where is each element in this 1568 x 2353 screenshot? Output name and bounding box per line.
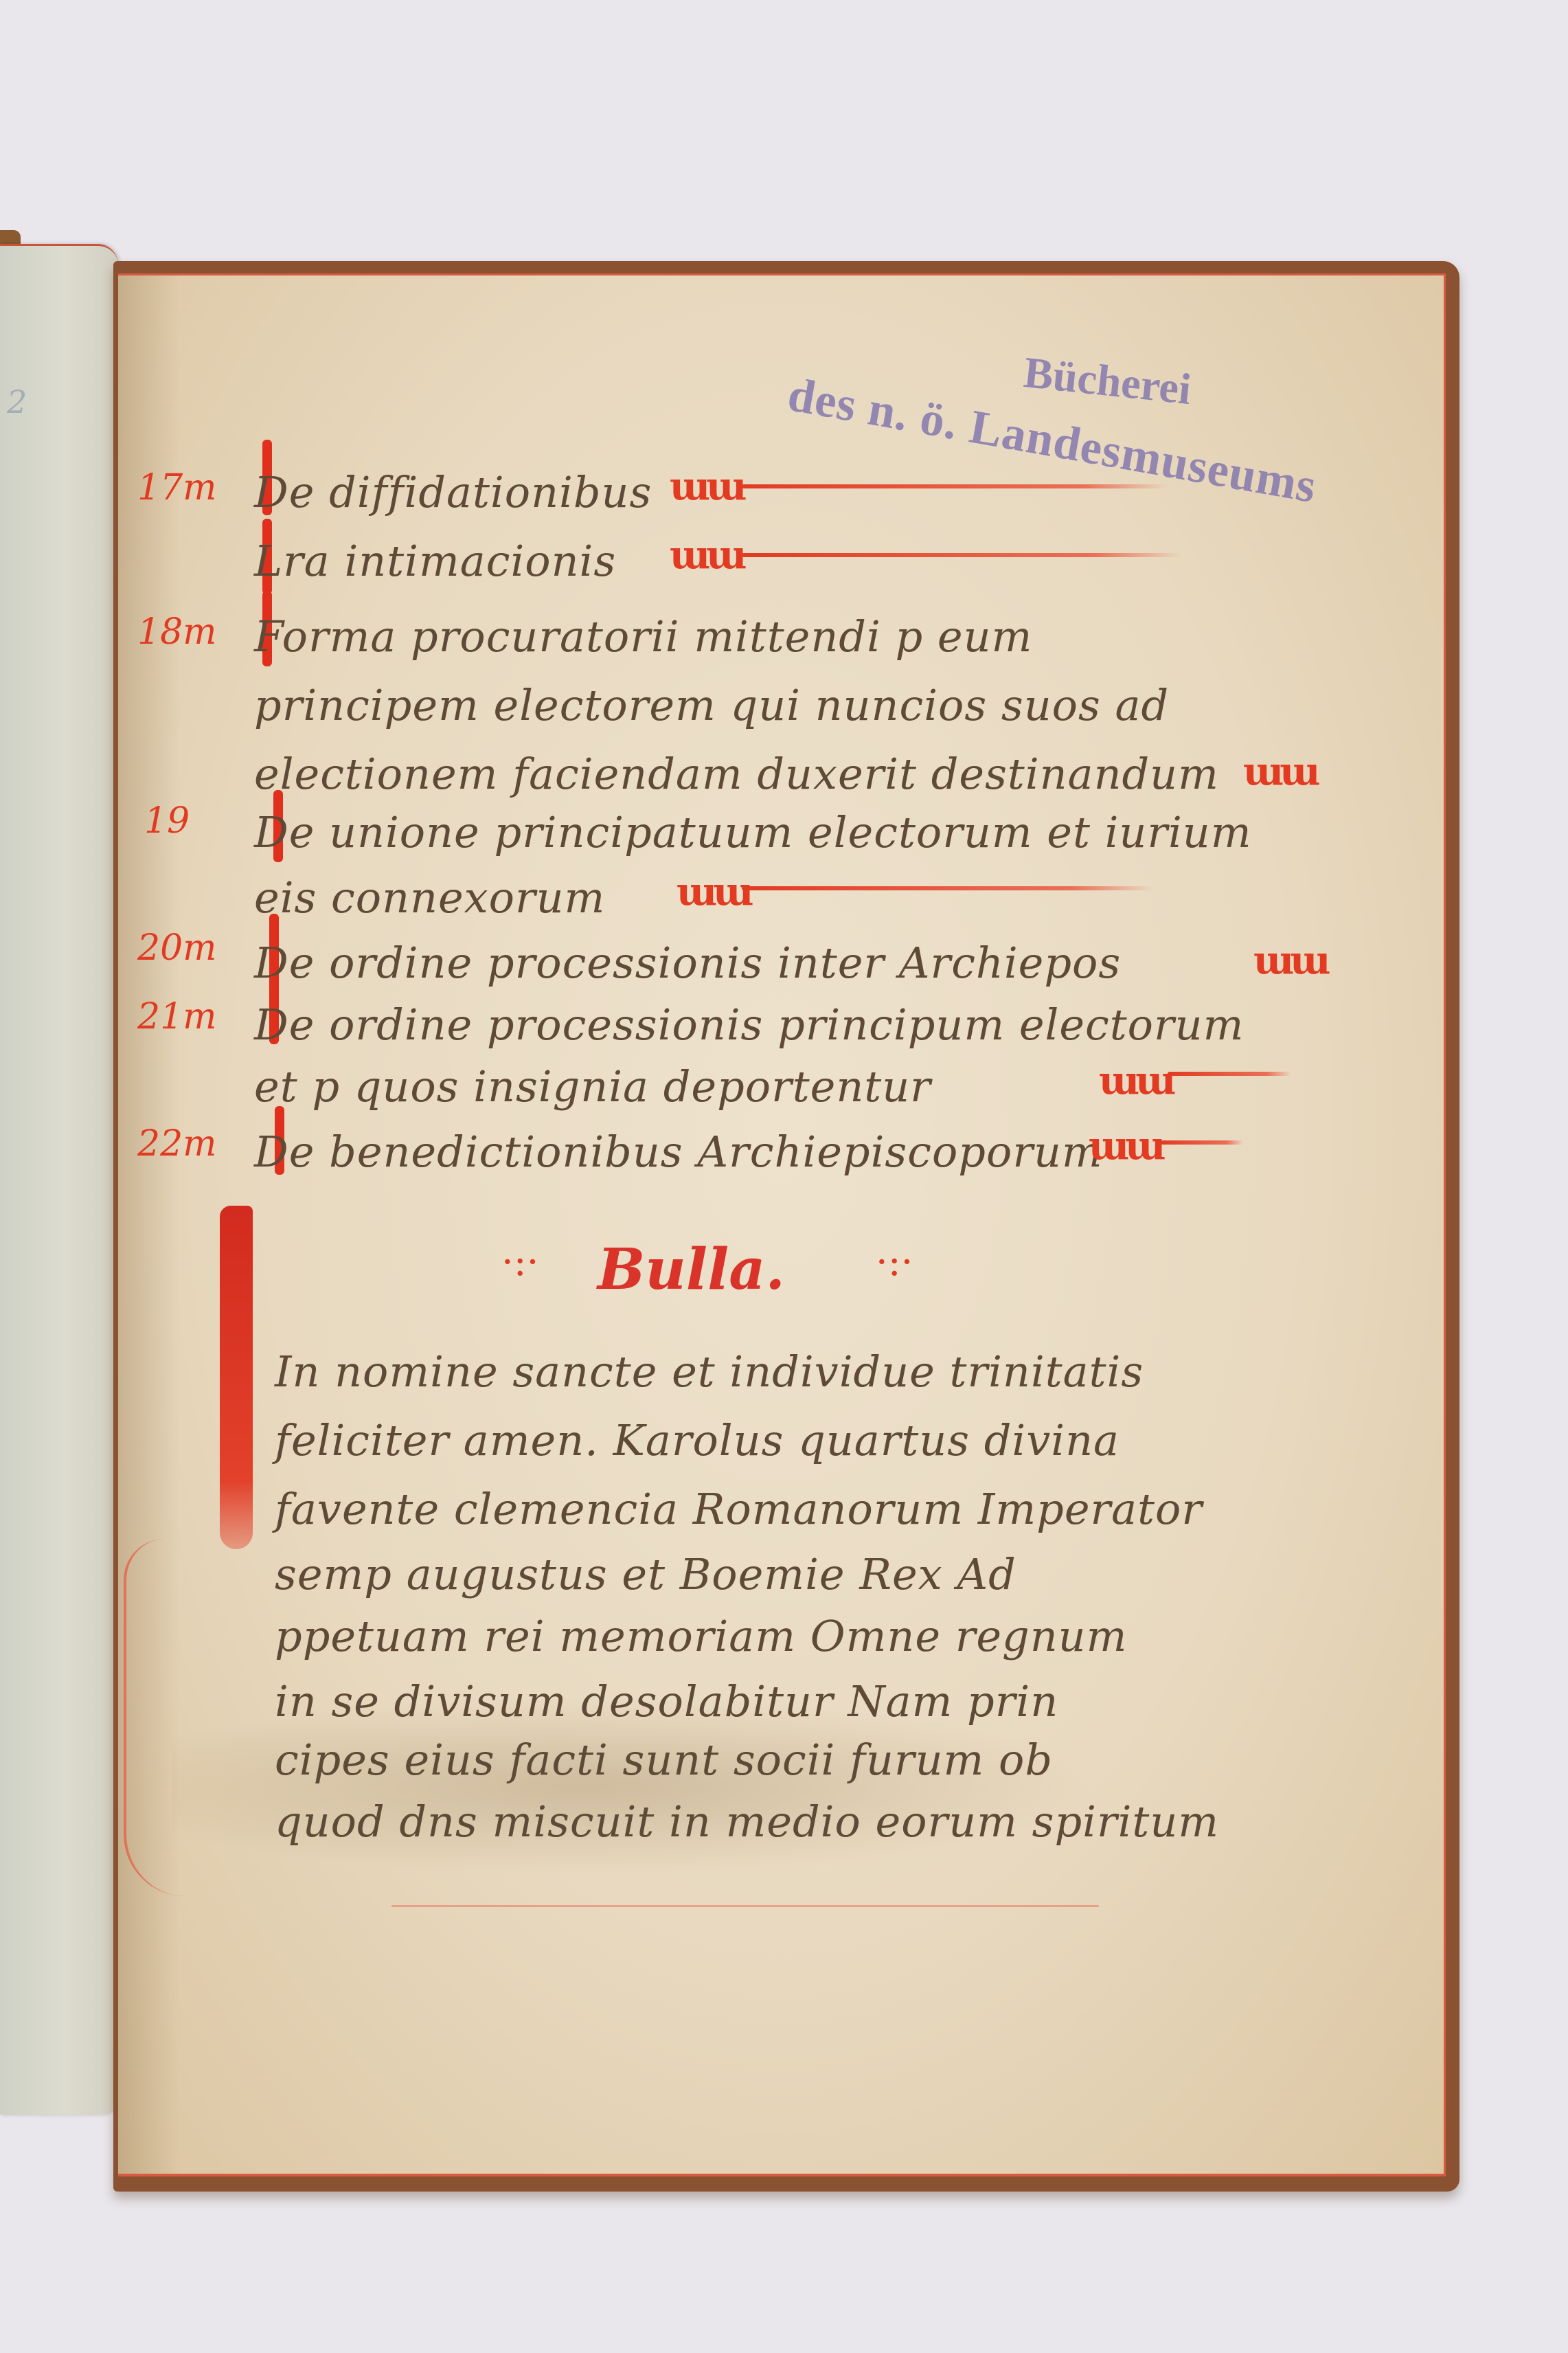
chapter-number: 18m: [137, 611, 216, 653]
line-filler: ɯɯ: [670, 532, 743, 578]
chapter-title: De benedictionibus Archiepiscoporum: [254, 1127, 1103, 1177]
chapter-number: 21m: [137, 996, 216, 1037]
chapter-title-cont: eis connexorum: [254, 872, 605, 923]
chapter-number: 19: [144, 800, 190, 842]
bulla-line: favente clemencia Romanorum Imperator: [275, 1484, 1203, 1534]
line-filler: ɯɯ: [1243, 749, 1317, 794]
chapter-title-cont: et p quos insignia deportentur: [254, 1061, 931, 1112]
line-filler: ɯɯ: [1089, 1123, 1162, 1169]
line-filler: ɯɯ: [677, 869, 750, 914]
heading-ornament-right: ·:·: [876, 1240, 913, 1285]
line-filler-rule: [742, 484, 1168, 488]
bulla-line: In nomine sancte et individue trinitatis: [275, 1347, 1144, 1397]
decorated-initial-I: [220, 1206, 253, 1549]
chapter-number: 22m: [137, 1123, 216, 1164]
bulla-line: cipes eius facti sunt socii furum ob: [275, 1735, 1053, 1785]
chapter-number: 20m: [137, 927, 216, 969]
line-filler-rule: [742, 553, 1181, 557]
line-filler: ɯɯ: [1253, 938, 1327, 983]
chapter-number: 17m: [137, 467, 216, 508]
bulla-line: ppetuam rei memoriam Omne regnum: [275, 1611, 1127, 1661]
line-filler: ɯɯ: [670, 464, 743, 509]
section-heading: Bulla.: [598, 1237, 785, 1303]
chapter-title: De diffidationibus: [254, 467, 652, 517]
pencil-mark: 2: [7, 383, 27, 420]
bulla-line: quod dns miscuit in medio eorum spiritum: [275, 1797, 1219, 1847]
chapter-title: De ordine processionis principum elector…: [254, 1000, 1244, 1050]
chapter-title-cont: principem electorem qui nuncios suos ad: [254, 680, 1169, 730]
chapter-title: Lra intimacionis: [254, 536, 616, 586]
line-filler: ɯɯ: [1099, 1058, 1172, 1103]
chapter-title-cont: electionem faciendam duxerit destinandum: [254, 749, 1219, 799]
bulla-line: in se divisum desolabitur Nam prin: [275, 1676, 1058, 1726]
chapter-title: De ordine processionis inter Archiepos: [254, 938, 1121, 988]
line-filler-rule: [1168, 1072, 1291, 1076]
bulla-line: semp augustus et Boemie Rex Ad: [275, 1549, 1016, 1599]
chapter-title: De unione principatuum electorum et iuri…: [254, 807, 1252, 857]
left-page: 2: [0, 244, 118, 2115]
chapter-title: Forma procuratorii mittendi p eum: [254, 611, 1032, 662]
bottom-flourish-rule: [391, 1905, 1099, 1907]
line-filler-rule: [1161, 1140, 1243, 1145]
bulla-line: feliciter amen. Karolus quartus divina: [275, 1415, 1120, 1465]
heading-ornament-left: ·:·: [501, 1240, 538, 1285]
margin-flourish: [124, 1539, 216, 1896]
line-filler-rule: [742, 886, 1154, 890]
